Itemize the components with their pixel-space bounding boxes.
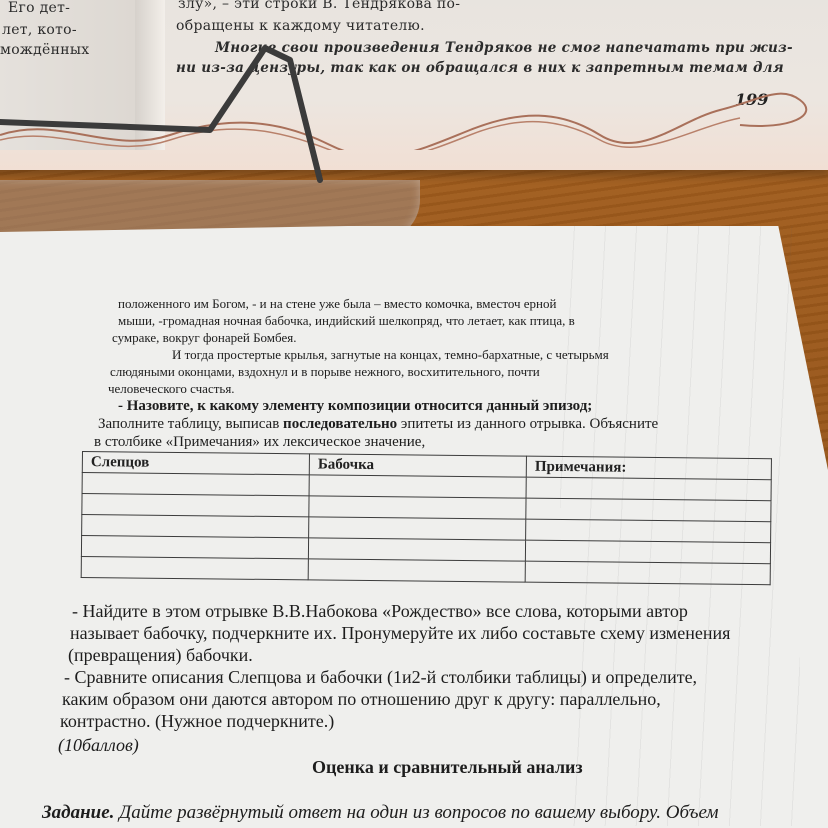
instruction-emphasis: последовательно	[283, 416, 397, 432]
book-left-line: лет, кото-	[2, 22, 77, 38]
excerpt-line: человеческого счастья.	[108, 381, 235, 397]
section-title: Оценка и сравнительный анализ	[312, 757, 583, 778]
column-header-sleptsov: Слепцов	[82, 452, 309, 475]
question-compare: - Сравните описания Слепцова и бабочки (…	[64, 666, 697, 688]
question-compare: контрастно. (Нужное подчеркните.)	[60, 710, 334, 732]
book-stand-wire	[0, 40, 400, 200]
question-find-words: - Найдите в этом отрывке В.В.Набокова «Р…	[72, 600, 688, 622]
table-cell[interactable]	[308, 559, 525, 582]
excerpt-line: положенного им Богом, - и на стене уже б…	[118, 296, 556, 312]
instruction-line: Заполните таблицу, выписав последователь…	[98, 416, 658, 433]
question-compare: каким образом они даются автором по отно…	[62, 688, 661, 710]
book-left-line: Его дет-	[8, 0, 70, 16]
table-cell[interactable]	[81, 536, 308, 559]
epithets-table: Слепцов Бабочка Примечания:	[81, 451, 772, 585]
question-composition: - Назовите, к какому элементу композиции…	[118, 398, 592, 415]
points-label: (10баллов)	[58, 734, 139, 756]
task-line: Задание. Дайте развёрнутый ответ на один…	[42, 802, 719, 824]
table-cell[interactable]	[308, 538, 525, 561]
excerpt-line: И тогда простертые крылья, загнутые на к…	[172, 347, 609, 363]
table-cell[interactable]	[82, 494, 309, 517]
excerpt-line: слюдяными оконцами, вздохнул и в порыве …	[110, 364, 540, 380]
table-cell[interactable]	[526, 477, 771, 501]
question-find-words: (превращения) бабочки.	[68, 644, 253, 666]
book-line: злу», – эти строки В. Тендрякова по-	[178, 0, 460, 12]
question-find-words: называет бабочку, подчеркните их. Пронум…	[70, 622, 730, 644]
table-cell[interactable]	[81, 556, 308, 579]
table-cell[interactable]	[309, 517, 526, 540]
excerpt-line: мыши, -громадная ночная бабочка, индийск…	[118, 313, 575, 329]
task-label: Задание.	[42, 802, 114, 823]
excerpt-line: сумраке, вокруг фонарей Бомбея.	[112, 330, 296, 346]
instruction-text: эпитеты из данного отрывка. Объясните	[397, 416, 658, 432]
table-cell[interactable]	[525, 561, 770, 585]
table-cell[interactable]	[82, 473, 309, 496]
table-cell[interactable]	[82, 515, 309, 538]
table-cell[interactable]	[526, 498, 771, 522]
table-cell[interactable]	[526, 519, 771, 543]
column-header-notes: Примечания:	[526, 456, 771, 480]
table-cell[interactable]	[525, 540, 770, 564]
instruction-line-2: в столбике «Примечания» их лексическое з…	[94, 434, 425, 451]
task-text: Дайте развёрнутый ответ на один из вопро…	[114, 802, 718, 823]
column-header-butterfly: Бабочка	[309, 454, 526, 477]
instruction-text: Заполните таблицу, выписав	[98, 416, 283, 432]
table-cell[interactable]	[309, 475, 526, 498]
book-line: обращены к каждому читателю.	[176, 18, 425, 34]
table-cell[interactable]	[309, 496, 526, 519]
